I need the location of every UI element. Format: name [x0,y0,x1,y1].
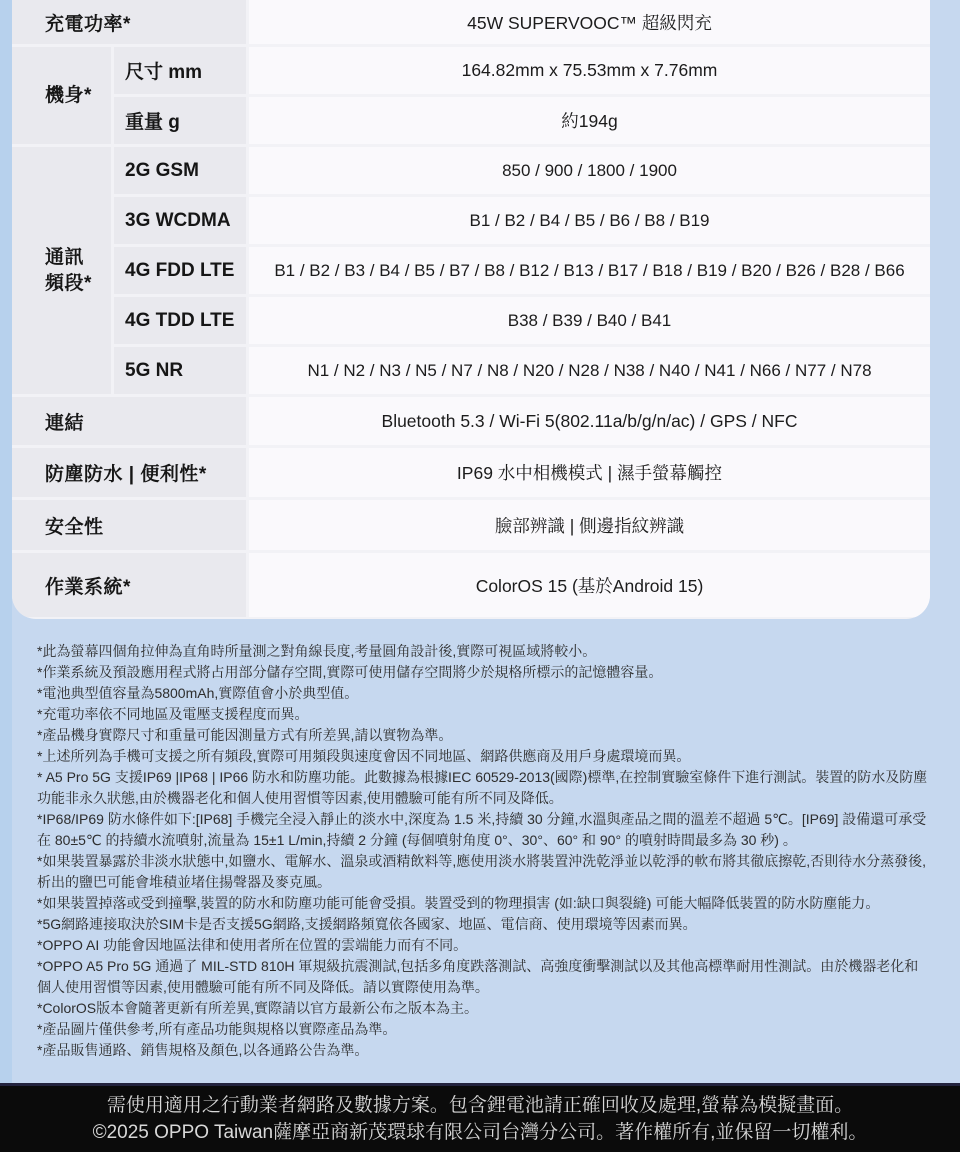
spec-value-2g: 850 / 900 / 1800 / 1900 [249,147,930,194]
footnote: *ColorOS版本會隨著更新有所差異,實際請以官方最新公布之版本為主。 [37,998,930,1019]
spec-row-5g-nr: 5G NR N1 / N2 / N3 / N5 / N7 / N8 / N20 … [114,347,930,394]
spec-group-bands: 通訊 頻段* 2G GSM 850 / 900 / 1800 / 1900 3G… [12,147,930,394]
spec-value-4g-fdd: B1 / B2 / B3 / B4 / B5 / B7 / B8 / B12 /… [249,247,930,294]
footnote: *上述所列為手機可支援之所有頻段,實際可用頻段與速度會因不同地區、網路供應商及用… [37,746,930,767]
spec-row-2g: 2G GSM 850 / 900 / 1800 / 1900 [114,147,930,194]
spec-value-4g-tdd: B38 / B39 / B40 / B41 [249,297,930,344]
spec-row-ip-rating: 防塵防水 | 便利性* IP69 水中相機模式 | 濕手螢幕觸控 [12,448,930,497]
footnote: *IP68/IP69 防水條件如下:[IP68] 手機完全浸入靜止的淡水中,深度… [37,809,930,851]
spec-label-4g-fdd: 4G FDD LTE [114,247,246,294]
footnote: *OPPO A5 Pro 5G 通過了 MIL-STD 810H 軍規級抗震測試… [37,956,930,998]
spec-label-os: 作業系統* [12,553,246,617]
spec-value-3g: B1 / B2 / B4 / B5 / B6 / B8 / B19 [249,197,930,244]
spec-row-weight: 重量 g 約194g [114,97,930,144]
spec-label-dimensions: 尺寸 mm [114,47,246,94]
footnote: *如果裝置掉落或受到撞擊,裝置的防水和防塵功能可能會受損。裝置受到的物理損害 (… [37,893,930,914]
spec-label-3g: 3G WCDMA [114,197,246,244]
spec-row-connectivity: 連結 Bluetooth 5.3 / Wi-Fi 5(802.11a/b/g/n… [12,397,930,445]
spec-value-dimensions: 164.82mm x 75.53mm x 7.76mm [249,47,930,94]
footnote: *產品圖片僅供參考,所有產品功能與規格以實際產品為準。 [37,1019,930,1040]
spec-label-charge-power: 充電功率* [12,0,246,44]
footnote: *產品販售通路、銷售規格及顏色,以各通路公告為準。 [37,1040,930,1061]
footnote: *OPPO AI 功能會因地區法律和使用者所在位置的雲端能力而有不同。 [37,935,930,956]
spec-value-weight: 約194g [249,97,930,144]
spec-label-security: 安全性 [12,500,246,550]
footnote: *此為螢幕四個角拉伸為直角時所量測之對角線長度,考量圓角設計後,實際可視區域將較… [37,641,930,662]
spec-label-4g-tdd: 4G TDD LTE [114,297,246,344]
footnote: *5G網路連接取決於SIM卡是否支援5G網路,支援網路頻寬依各國家、地區、電信商… [37,914,930,935]
footnote: *如果裝置暴露於非淡水狀態中,如鹽水、電解水、溫泉或酒精飲料等,應使用淡水將裝置… [37,851,930,893]
spec-label-connectivity: 連結 [12,397,246,445]
spec-row-os: 作業系統* ColorOS 15 (基於Android 15) [12,553,930,617]
spec-table-card: 充電功率* 45W SUPERVOOC™ 超級閃充 機身* 尺寸 mm 164.… [12,0,930,619]
spec-value-connectivity: Bluetooth 5.3 / Wi-Fi 5(802.11a/b/g/n/ac… [249,397,930,445]
spec-row-charge-power: 充電功率* 45W SUPERVOOC™ 超級閃充 [12,0,930,44]
spec-label-5g-nr: 5G NR [114,347,246,394]
footnotes-section: *此為螢幕四個角拉伸為直角時所量測之對角線長度,考量圓角設計後,實際可視區域將較… [37,641,930,1061]
spec-value-charge-power: 45W SUPERVOOC™ 超級閃充 [249,0,930,44]
footnote: *電池典型值容量為5800mAh,實際值會小於典型值。 [37,683,930,704]
spec-row-3g: 3G WCDMA B1 / B2 / B4 / B5 / B6 / B8 / B… [114,197,930,244]
legal-footer: 需使用適用之行動業者網路及數據方案。包含鋰電池請正確回收及處理,螢幕為模擬畫面。… [0,1083,960,1152]
footer-line-copyright: ©2025 OPPO Taiwan薩摩亞商新茂環球有限公司台灣分公司。著作權所有… [93,1119,868,1146]
footnote: *充電功率依不同地區及電壓支援程度而異。 [37,704,930,725]
spec-label-ip-rating: 防塵防水 | 便利性* [12,448,246,497]
spec-label-bands: 通訊 頻段* [12,147,111,394]
spec-value-security: 臉部辨識 | 側邊指紋辨識 [249,500,930,550]
spec-label-body: 機身* [12,47,111,144]
spec-row-dimensions: 尺寸 mm 164.82mm x 75.53mm x 7.76mm [114,47,930,94]
spec-row-security: 安全性 臉部辨識 | 側邊指紋辨識 [12,500,930,550]
spec-group-body: 機身* 尺寸 mm 164.82mm x 75.53mm x 7.76mm 重量… [12,47,930,144]
footnote: *作業系統及預設應用程式將占用部分儲存空間,實際可使用儲存空間將少於規格所標示的… [37,662,930,683]
footnote: * A5 Pro 5G 支援IP69 |IP68 | IP66 防水和防塵功能。… [37,767,930,809]
spec-row-4g-fdd: 4G FDD LTE B1 / B2 / B3 / B4 / B5 / B7 /… [114,247,930,294]
spec-value-5g-nr: N1 / N2 / N3 / N5 / N7 / N8 / N20 / N28 … [249,347,930,394]
page-left-edge-strip [0,0,12,1152]
spec-label-2g: 2G GSM [114,147,246,194]
spec-label-weight: 重量 g [114,97,246,144]
spec-value-ip-rating: IP69 水中相機模式 | 濕手螢幕觸控 [249,448,930,497]
spec-value-os: ColorOS 15 (基於Android 15) [249,553,930,617]
footer-line-usage: 需使用適用之行動業者網路及數據方案。包含鋰電池請正確回收及處理,螢幕為模擬畫面。 [107,1092,853,1119]
spec-row-4g-tdd: 4G TDD LTE B38 / B39 / B40 / B41 [114,297,930,344]
footnote: *產品機身實際尺寸和重量可能因測量方式有所差異,請以實物為準。 [37,725,930,746]
